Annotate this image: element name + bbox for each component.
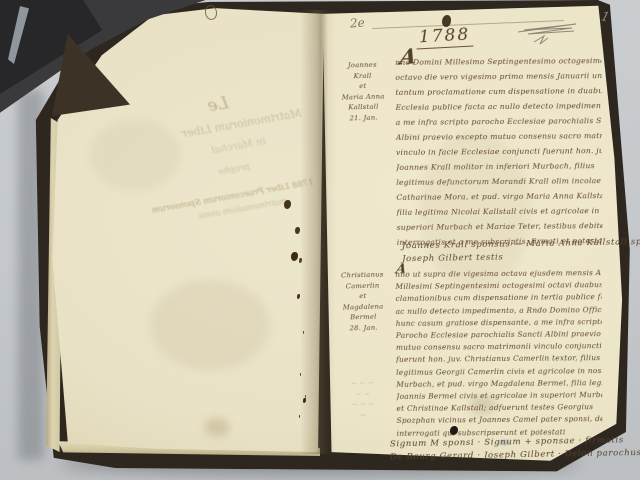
margin-note-line: 28. Jan. xyxy=(334,322,394,334)
margin-note-line: ~ xyxy=(333,409,393,421)
signatures-entry-2: Signum M sponsi · Signum + sponsae · fir… xyxy=(390,434,640,465)
margin-note-camerlin: ChristianusCamerlinetMagdalenaBermel28. … xyxy=(332,269,394,334)
margin-note-faded: ~ ~ ~~ ~~ ~ ~~ xyxy=(332,377,393,421)
paper-stain xyxy=(205,418,229,436)
pencil-annotation: 2e xyxy=(350,16,366,31)
showthrough-writing: Le Matrimoniorum Liber in Marchal prophe… xyxy=(63,81,328,309)
marriage-entry-2: nno ut supra die vigesima octava ejusdem… xyxy=(395,267,602,440)
photograph-of-register: Le Matrimoniorum Liber in Marchal prophe… xyxy=(0,0,640,480)
paper-stain xyxy=(420,130,530,290)
paper-stain xyxy=(470,395,496,415)
year-heading: 1788 xyxy=(415,25,473,50)
gray-smudge xyxy=(498,440,510,445)
margin-note-krall: JoannesKralletMaria AnnaKallstall21. Jan… xyxy=(332,59,394,124)
pencil-scribble xyxy=(514,18,584,48)
margin-note-line: 21. Jan. xyxy=(334,112,394,124)
